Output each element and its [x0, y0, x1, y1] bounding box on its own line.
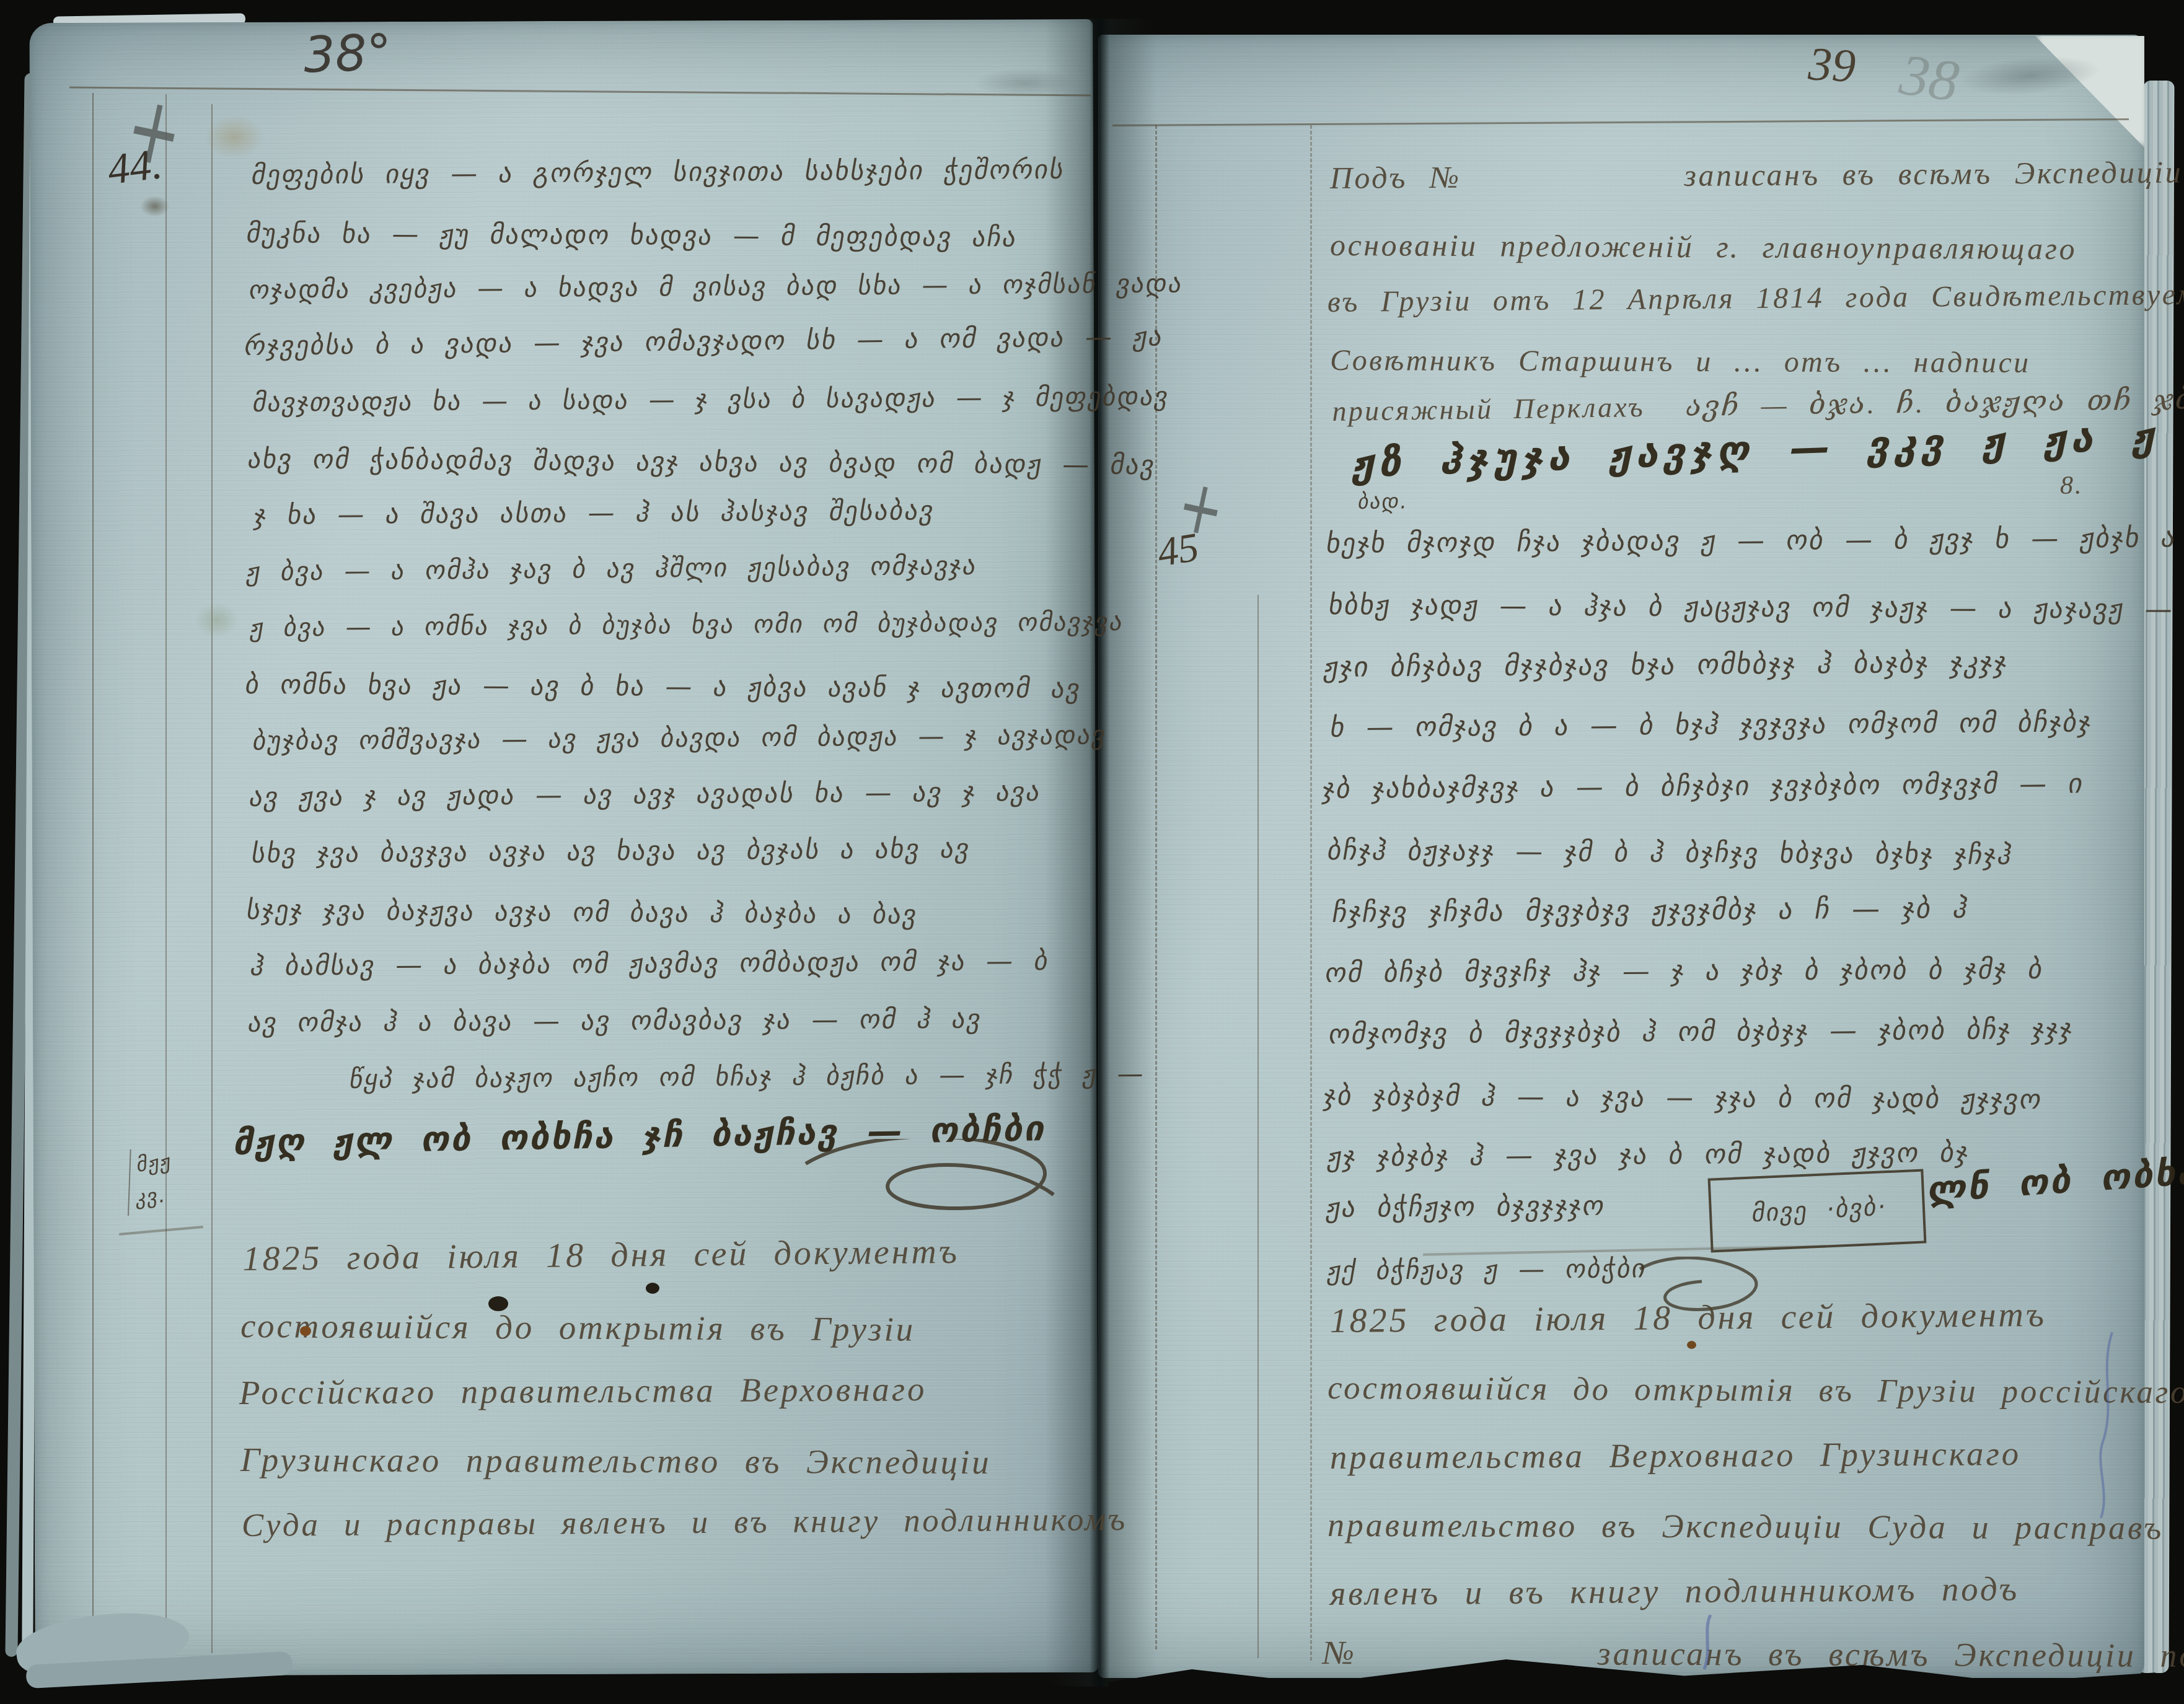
- ink-blot: [646, 1283, 659, 1294]
- manuscript-line: ჟქ ბჭჩჟავ ჟ — ობჭბი: [1325, 1253, 1649, 1286]
- left-margin-line-3: [211, 104, 213, 1653]
- manuscript-line: ჯბ ჯბჯბჯმ ჰ — ა ჯვა — ჯჯა ბ ომ ჯადბ ჟჯჯვ…: [1321, 1080, 2045, 1115]
- manuscript-line: სხვ ჯვა ბავჯვა ავჯა ავ ხავა ავ ბვჯას ა ა…: [249, 833, 973, 869]
- attestation-line: правительства Верховнаго Грузинскаго: [1330, 1434, 2021, 1477]
- manuscript-line: ჟჯ ჯბჯბჯ ჰ — ჯვა ჯა ბ ომ ჯადბ ჟჯვო ბჯ: [1325, 1137, 1972, 1173]
- header-line: основаніи предложеній г. главноуправляющ…: [1330, 227, 2077, 266]
- manuscript-line: ჯ ხა — ა შავა ასთა — ჰ ას ჰასჯავ შესაბავ: [252, 495, 937, 531]
- manuscript-line: ახვ ომ ჭანბადმავ შადვა ავჯ ახვა ავ ბვად …: [245, 444, 1158, 481]
- manuscript-line: მეფების იყვ — ა გორჯელ სივჯითა სახსჯები …: [249, 154, 1067, 191]
- manuscript-line: ჟ ბვა — ა ომჰა ჯავ ბ ავ ჰშლი ჟესაბავ ომჯ…: [244, 550, 980, 587]
- left-margin-note: მჟჟ კვ.: [128, 1145, 172, 1216]
- left-margin-line-2: [165, 94, 167, 1657]
- manuscript-line: ჟ ბვა — ა ომნა ჯვა ბ ბუჯბა ხვა ომი ომ ბუ…: [248, 607, 1126, 643]
- attestation-line: явленъ и въ книгу подлинникомъ подъ: [1330, 1569, 2020, 1613]
- manuscript-line: ჰ ბამსავ — ა ბაჯბა ომ ჟავმავ ომბადჟა ომ …: [248, 946, 1052, 982]
- attestation-line: Россійскаго правительства Верховнаго: [239, 1369, 927, 1412]
- small-margin-note: ბად.: [1356, 489, 1410, 514]
- header-line: Подъ № записанъ въ всѣмъ Экспедиціи по: [1330, 154, 2184, 196]
- blue-ink-mark: [1699, 1615, 1715, 1671]
- right-margin-line-3: [1310, 125, 1312, 1661]
- manuscript-line: მავჯთვადჟა ხა — ა სადა — ჯ ვსა ბ სავადჟა…: [250, 381, 1172, 418]
- manuscript-line: ბ ომნა ხვა ჟა — ავ ბ ხა — ა ჟბვა ავან ჯ …: [243, 669, 1083, 705]
- paper-stain: [205, 115, 264, 159]
- manuscript-scan: 38° + 44. 39 38 + 45 მეფების იყვ — ა გორ…: [0, 0, 2184, 1704]
- left-page-number: 38°: [302, 24, 392, 84]
- signature-flourish: [793, 1139, 1066, 1232]
- blue-ink-squiggle: [2094, 1332, 2121, 1518]
- manuscript-line: ხ — ომჯავ ბ ა — ბ ხჯჰ ჯვჯვჯა ომჯომ ომ ბჩ…: [1328, 706, 2095, 744]
- manuscript-line: წყპ ჯამ ბაჯჟო აჟჩო ომ ხჩაჯ ჰ ბჟჩბ ა — ჯჩ…: [347, 1058, 1147, 1094]
- manuscript-line: ომჯომჯვ ბ მჯვჯჯბჯბ ჰ ომ ბჯბჯჯ — ჯბობ ბჩჯ…: [1326, 1014, 2076, 1050]
- header-line: Совѣтникъ Старшинъ и … отъ … надписи: [1330, 343, 2031, 380]
- side-mark: 8.: [2060, 471, 2083, 501]
- manuscript-line: ბუჯბავ ომშვავჯა — ავ ჟვა ბავდა ომ ბადჟა …: [250, 719, 1109, 756]
- manuscript-line: ავ ჟვა ჯ ავ ჟადა — ავ ავჯ ავადას ხა — ავ…: [247, 776, 1044, 813]
- attestation-line: правительство въ Экспедиціи Суда и распр…: [1328, 1506, 2164, 1547]
- attestation-line: состоявшійся до открытія въ Грузіи россі…: [1328, 1369, 2184, 1411]
- attestation-line: 1825 года іюля 18 дня сей документъ: [1329, 1295, 2046, 1341]
- manuscript-line: მუკნა ხა — ჟუ მალადო ხადვა — მ მეფებდავ …: [244, 218, 1020, 253]
- manuscript-line: ხბხჟ ჯადჟ — ა ჰჯა ბ ჟაცჟჯავ ომ ჯაჟჯ — ა …: [1326, 589, 2184, 625]
- manuscript-line: ჯბ ჯახბაჯმჯვჯ ა — ბ ბჩჯბჯი ჯვჯბჯბო ომჯვჯ…: [1320, 768, 2087, 805]
- right-margin-number: 45: [1154, 524, 1202, 576]
- manuscript-line: ომ ბჩჯბ მჯვჯჩჯ ჰჯ — ჯ ა ჯბჯ ბ ჯბობ ბ ჯმჯ…: [1323, 954, 2046, 989]
- manuscript-line: ჟჯი ბჩჯბავ მჯჯბჯავ ხჯა ომხბჯჯ ჰ ბაჯბჯ ჯკ…: [1321, 646, 2011, 683]
- ink-blot: [488, 1296, 508, 1311]
- paper-stain: [140, 196, 170, 217]
- attestation-line: Грузинскаго правительство въ Экспедиціи: [240, 1440, 992, 1482]
- attestation-line: состоявшійся до открытія въ Грузіи: [240, 1306, 915, 1349]
- right-margin-line-2: [1257, 595, 1259, 1658]
- paper-stain: [195, 602, 239, 638]
- manuscript-line: ბჩჯჰ ბჟჯაჯჯ — ჯმ ბ ჰ ბჯჩჯვ ხბჯვა ბჯხჯ ჯჩ…: [1325, 835, 2015, 871]
- ink-blot: [300, 1326, 311, 1336]
- right-page-number: 39: [1807, 37, 1857, 94]
- attestation-line: Суда и расправы явленъ и въ книгу подлин…: [242, 1501, 1128, 1544]
- boxed-annotation-text: მივე ·ბვბ·: [1750, 1192, 1888, 1227]
- manuscript-line: ჟა ბჭჩჟჯო ბჯვჯჯჯო: [1324, 1190, 1608, 1224]
- right-page-number-ghost: 38: [1896, 41, 1963, 115]
- manuscript-line: ხეჯხ მჯოჯდ ჩჯა ჯბადავ ჟ — ობ — ბ ჟვჯ ხ —…: [1324, 522, 2179, 560]
- attestation-line: 1825 года іюля 18 дня сей документъ: [242, 1232, 959, 1279]
- boxed-annotation: მივე ·ბვბ·: [1708, 1169, 1927, 1252]
- ink-blot: [1687, 1341, 1696, 1349]
- manuscript-line: ავ ომჯა ჰ ა ბავა — ავ ომავბავ ჯა — ომ ჰ …: [245, 1004, 985, 1039]
- manuscript-line: სჯეჯ ჯვა ბაჯჟვა ავჯა ომ ბავა ჰ ბაჯბა ა ბ…: [244, 895, 920, 931]
- left-margin-line-1: [92, 93, 94, 1654]
- left-margin-number: 44.: [105, 139, 165, 195]
- graphite-smudge: [973, 68, 1078, 98]
- manuscript-line: ჩჯჩჯვ ჯჩჯმა მჯვჯბჯვ ჟჯვჯმბჯ ა ჩ — ჯბ ჰ: [1330, 892, 1971, 929]
- right-margin-line-1: [1155, 125, 1157, 1649]
